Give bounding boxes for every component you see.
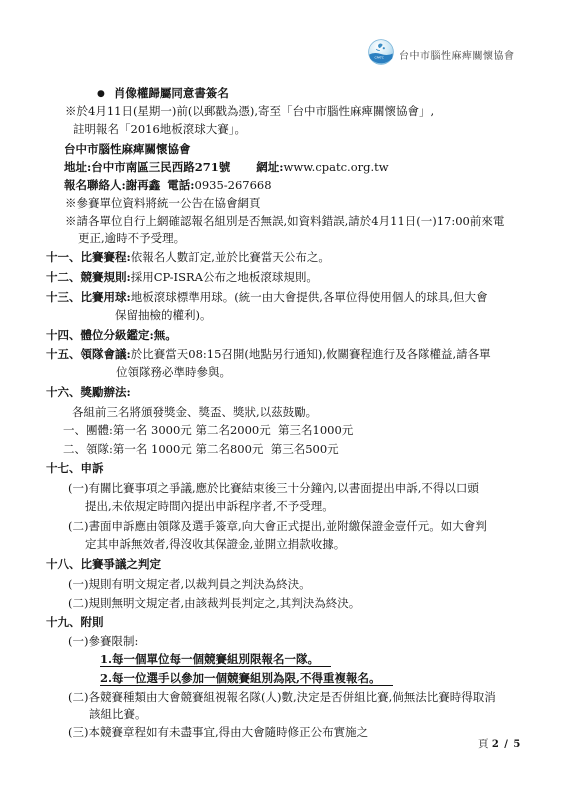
address-label: 地址: — [64, 160, 91, 174]
section-11-label: 十一、比賽賽程: — [46, 250, 131, 264]
section-15-label: 十五、領隊會議: — [46, 347, 131, 361]
confirm-note-line1: ※請各單位自行上網確認報名組別是否無誤,如資料錯誤,請於4月11日(一)17:0… — [65, 213, 504, 229]
section-19-rule2: 2.每一位選手以參加一個競賽組別為限,不得重複報名。 — [100, 670, 393, 686]
section-19-item3: (三)本競賽章程如有未盡事宜,得由大會隨時修正公布實施之 — [68, 724, 368, 740]
contact-label: 報名聯絡人: — [64, 178, 126, 192]
section-15-text-line2: 位領隊務必準時參與。 — [116, 364, 231, 380]
phone-label: 電話: — [167, 178, 194, 192]
svg-text:CPATC: CPATC — [375, 56, 384, 60]
association-logo: CPATC 台中市腦性麻痺關懷協會 — [368, 39, 515, 65]
page-number-value: 2 / 5 — [492, 739, 522, 750]
section-19-label: 十九、附則 — [46, 614, 104, 630]
confirm-note-line2: 更正,逾時不予受理。 — [78, 230, 185, 246]
org-name-line: 台中市腦性麻痺關懷協會 — [64, 141, 191, 157]
section-12-text: 採用CP-ISRA公布之地板滾球規則。 — [131, 270, 318, 284]
bullet-icon: ● — [97, 86, 105, 102]
logo-globe-icon: CPATC — [368, 39, 394, 65]
section-19-rule2-text: 2.每一位選手以參加一個競賽組別為限,不得重複報名。 — [100, 671, 393, 686]
section-17-item1-line1: (一)有關比賽事項之爭議,應於比賽結束後三十分鐘內,以書面提出申訴,不得以口頭 — [68, 480, 479, 496]
section-13-text-line2: 保留抽檢的權利)。 — [115, 307, 212, 323]
phone-value: 0935-267668 — [195, 178, 272, 192]
section-18-label: 十八、比賽爭議之判定 — [46, 556, 161, 572]
website-label: 網址: — [256, 160, 283, 174]
contact-line: 報名聯絡人:謝再鑫電話:0935-267668 — [64, 177, 272, 193]
section-19-item2-line1: (二)各競賽種類由大會競賽組視報名隊(人)數,決定是否併組比賽,倘無法比賽時得取… — [68, 689, 496, 705]
section-12: 十二、競賽規則:採用CP-ISRA公布之地板滾球規則。 — [46, 269, 318, 285]
section-16-label: 十六、獎勵辦法: — [46, 384, 131, 400]
contact-name: 謝再鑫 — [126, 178, 161, 192]
mail-deadline-note-2: 註明報名「2016地板滾球大賽」。 — [73, 121, 246, 137]
publish-note: ※參賽單位資料將統一公告在協會網頁 — [65, 195, 261, 211]
section-11-text: 依報名人數訂定,並於比賽當天公布之。 — [131, 250, 330, 264]
consent-bullet-line: ●肖像權歸屬同意書簽名 — [97, 85, 229, 102]
section-19-item2-line2: 該組比賽。 — [89, 706, 147, 722]
section-14: 十四、體位分級鑑定:無。 — [46, 327, 177, 343]
page-number-label: 頁 — [478, 738, 492, 750]
section-17-item2-line1: (二)書面申訴應由領隊及選手簽章,向大會正式提出,並附繳保證金壹仟元。如大會判 — [68, 518, 487, 534]
section-16-team-prizes: 一、團體:第一名 3000元 第二名2000元 第三名1000元 — [63, 422, 353, 438]
address-line: 地址:台中市南區三民西路271號網址:www.cpatc.org.tw — [64, 159, 389, 175]
section-16-intro: 各組前三名將頒發獎金、獎盃、獎狀,以茲鼓勵。 — [72, 404, 317, 420]
section-17-label: 十七、申訴 — [46, 460, 104, 476]
section-19-item1: (一)參賽限制: — [68, 633, 138, 649]
section-13: 十三、比賽用球:地板滾球標準用球。(統一由大會提供,各單位得使用個人的球具,但大… — [46, 289, 488, 305]
address-value: 台中市南區三民西路271號 — [91, 160, 230, 174]
section-18-item1: (一)規則有明文規定者,以裁判員之判決為終決。 — [68, 576, 311, 592]
consent-title: 肖像權歸屬同意書簽名 — [114, 86, 229, 100]
website-value: www.cpatc.org.tw — [284, 160, 389, 174]
section-17-item1-line2: 提出,未依規定時間內提出申訴程序者,不予受理。 — [85, 498, 334, 514]
section-15: 十五、領隊會議:於比賽當天08:15召開(地點另行通知),攸關賽程進行及各隊權益… — [46, 346, 491, 362]
section-13-text-line1: 地板滾球標準用球。(統一由大會提供,各單位得使用個人的球具,但大會 — [131, 290, 488, 304]
section-13-label: 十三、比賽用球: — [46, 290, 131, 304]
section-16-leader-prizes: 二、領隊:第一名 1000元 第二名800元 第三名500元 — [63, 441, 339, 457]
document-page: CPATC 台中市腦性麻痺關懷協會 ●肖像權歸屬同意書簽名 ※於4月11日(星期… — [0, 0, 566, 800]
mail-deadline-note: ※於4月11日(星期一)前(以郵戳為憑),寄至「台中市腦性麻痺關懷協會」, — [65, 103, 434, 119]
section-11: 十一、比賽賽程:依報名人數訂定,並於比賽當天公布之。 — [46, 249, 330, 265]
section-15-text-line1: 於比賽當天08:15召開(地點另行通知),攸關賽程進行及各隊權益,請各單 — [131, 347, 491, 361]
page-number: 頁 2 / 5 — [478, 736, 521, 751]
logo-org-name: 台中市腦性麻痺關懷協會 — [399, 47, 515, 62]
section-19-rule1-text: 1.每一個單位每一個競賽組別限報名一隊。 — [100, 652, 331, 667]
section-12-label: 十二、競賽規則: — [46, 270, 131, 284]
section-19-rule1: 1.每一個單位每一個競賽組別限報名一隊。 — [100, 651, 331, 667]
section-18-item2: (二)規則無明文規定者,由該裁判長判定之,其判決為終決。 — [68, 595, 360, 611]
section-17-item2-line2: 定其申訴無效者,得沒收其保證金,並開立捐款收據。 — [85, 536, 345, 552]
